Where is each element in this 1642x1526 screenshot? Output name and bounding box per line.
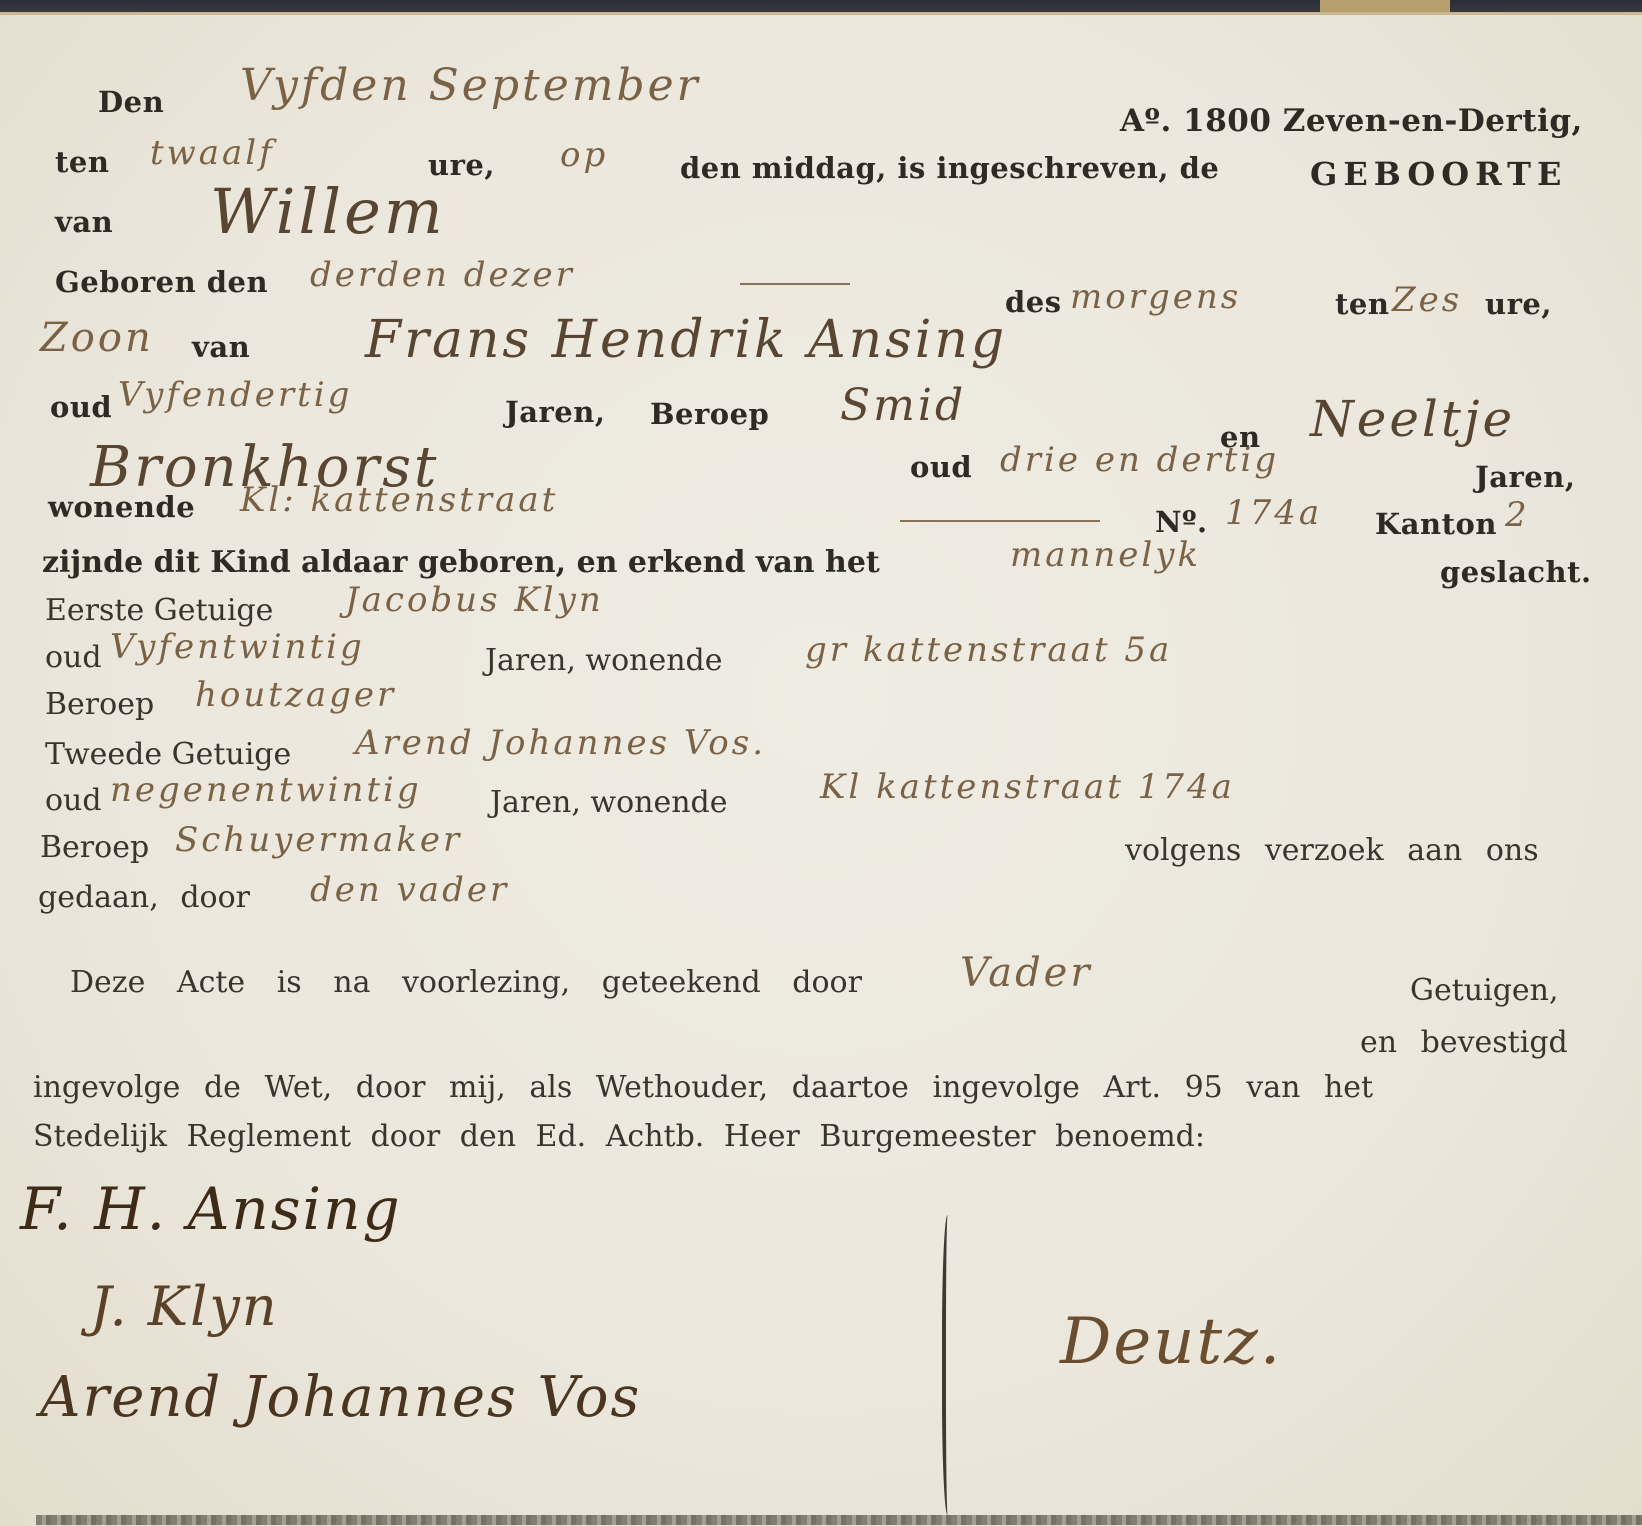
label-van2: van: [192, 330, 250, 364]
label-eerste-getuige: Eerste Getuige: [45, 593, 273, 628]
signature-witness1: J. Klyn: [90, 1275, 279, 1338]
label-oud3: oud: [45, 640, 102, 675]
hand-witness1-residence: gr kattenstraat 5a: [805, 630, 1172, 670]
label-jaren2: Jaren,: [1475, 460, 1575, 494]
label-middag: den middag, is ingeschreven, de: [680, 151, 1219, 185]
fill-dash: [900, 520, 1100, 522]
hand-father-occupation: Smid: [840, 380, 966, 431]
hand-hour: twaalf: [150, 133, 275, 173]
label-nummer: Nº.: [1155, 505, 1208, 539]
hand-zes: Zes: [1392, 280, 1462, 320]
hand-mother-first-name: Neeltje: [1310, 390, 1515, 448]
label-tweede-getuige: Tweede Getuige: [45, 737, 291, 772]
label-beroep: Beroep: [650, 397, 769, 431]
label-oud4: oud: [45, 783, 102, 818]
year-label: Aº. 1800 Zeven-en-Dertig,: [1120, 103, 1583, 139]
hand-mother-age: drie en dertig: [1000, 440, 1279, 480]
label-getuigen: Getuigen,: [1410, 973, 1559, 1008]
hand-father-age: Vyfendertig: [118, 375, 352, 415]
hand-date: Vyfden September: [240, 60, 701, 111]
signature-father: F. H. Ansing: [20, 1175, 402, 1243]
hand-kanton-number: 2: [1505, 495, 1530, 535]
label-jaren: Jaren,: [505, 395, 605, 429]
label-oud: oud: [50, 390, 112, 424]
hand-zoon: Zoon: [40, 315, 154, 361]
label-jaren-wonende2: Jaren, wonende: [490, 785, 728, 820]
hand-declarant: den vader: [310, 870, 509, 910]
label-geboren-den: Geboren den: [55, 265, 268, 299]
label-volgens-verzoek: volgens verzoek aan ons: [1125, 833, 1539, 868]
label-van: van: [55, 205, 113, 239]
label-beroep3: Beroep: [40, 830, 149, 865]
signature-witness2: Arend Johannes Vos: [40, 1365, 641, 1430]
hand-morgens: morgens: [1070, 277, 1241, 317]
label-deze-acte: Deze Acte is na voorlezing, geteekend do…: [70, 965, 862, 1000]
fill-dash: [740, 283, 850, 285]
certificate-page: Den Vyfden September Aº. 1800 Zeven-en-D…: [0, 12, 1642, 1523]
hand-residence: Kl: kattenstraat: [240, 480, 558, 520]
label-ingevolge: ingevolge de Wet, door mij, als Wethoude…: [33, 1070, 1373, 1105]
label-ten: ten: [55, 145, 109, 179]
hand-birth-day: derden dezer: [310, 255, 575, 295]
label-ure2: ure,: [1485, 287, 1552, 321]
label-geslacht: geslacht.: [1440, 555, 1592, 589]
label-jaren-wonende: Jaren, wonende: [485, 643, 723, 678]
hand-witness1-age: Vyfentwintig: [110, 627, 365, 667]
hand-witness2-occupation: Schuyermaker: [175, 820, 462, 860]
label-gedaan-door: gedaan, door: [38, 880, 250, 915]
hand-father-name: Frans Hendrik Ansing: [365, 310, 1007, 370]
hand-gender: mannelyk: [1010, 535, 1201, 575]
hand-signed-by: Vader: [960, 950, 1092, 996]
label-en-bevestigd: en bevestigd: [1360, 1025, 1568, 1060]
label-kanton: Kanton: [1375, 507, 1497, 541]
hand-op: op: [560, 135, 608, 175]
hand-witness2-age: negenentwintig: [110, 770, 422, 810]
signature-brace: [942, 1215, 956, 1515]
label-oud2: oud: [910, 450, 972, 484]
bottom-rule: [36, 1515, 1642, 1523]
label-ten2: ten: [1335, 287, 1389, 321]
label-den: Den: [98, 85, 164, 119]
label-zijnde: zijnde dit Kind aldaar geboren, en erken…: [42, 545, 880, 580]
label-beroep2: Beroep: [45, 687, 154, 722]
label-wonende: wonende: [48, 490, 195, 524]
hand-witness1-name: Jacobus Klyn: [345, 580, 604, 620]
hand-child-name: Willem: [210, 175, 446, 248]
label-des: des: [1005, 285, 1062, 319]
hand-witness2-residence: Kl kattenstraat 174a: [820, 767, 1235, 807]
signature-official: Deutz.: [1060, 1305, 1282, 1379]
label-stedelijk: Stedelijk Reglement door den Ed. Achtb. …: [33, 1119, 1205, 1154]
hand-house-number: 174a: [1225, 493, 1322, 533]
hand-witness2-name: Arend Johannes Vos.: [355, 723, 766, 763]
hand-witness1-occupation: houtzager: [195, 675, 396, 715]
title-geboorte: GEBOORTE: [1310, 155, 1567, 193]
